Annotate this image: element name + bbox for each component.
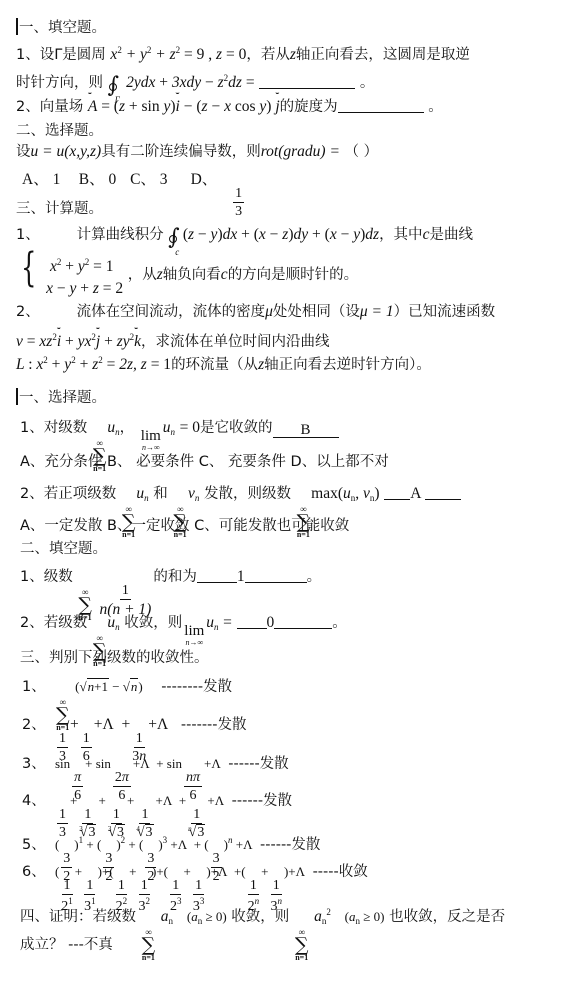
curve-equation: L : x2 + y2 + z2 = 2z, z = 1 [16,356,171,373]
series-expr: 13+16+Λ +13n+Λ [55,716,172,733]
summation-icon: ∞∑n=1 [295,928,309,963]
series-expr: sinπ6+ sin2π6+Λ + sinnπ6+Λ [55,756,224,771]
limit: limn→∞ [141,429,161,452]
summation-icon: ∞∑n=1 [142,928,156,963]
answer-blank[interactable] [245,568,307,583]
max-expr: max(un, vn) [311,485,379,502]
answer-blank[interactable] [274,614,332,629]
section-title-calc-3: 三、计算题。 [16,199,103,219]
answer-blank[interactable] [425,485,461,500]
contour-integral-icon: ∫c [168,230,178,246]
velocity-field: v = xz2i + yx2j + zy2k [16,333,141,350]
contour-integral-icon: ∫Γ [108,78,118,94]
section-title-fill-blank-2: 二、填空题。 [20,539,107,559]
answer-blank-pre [197,568,237,583]
question-1: 1、设Γ是圆周 x2 + y2 + z2 = 9 , z = 0，若从z轴正向看… [16,40,470,65]
answer-blank[interactable] [338,98,424,113]
fraction-one-third: 13 [233,187,244,219]
question-4-system: { x2 + y2 = 1 x − y + z = 2 ，从z轴负向看c的方向是… [16,248,358,300]
text-cursor [16,388,18,405]
series-question-1-options: A、充分条件 B、 必要条件 C、 充要条件 D、以上都不对 [20,452,389,472]
proof-answer: 成立？ ---不真 [20,935,113,955]
answer-blank-pre [384,485,410,500]
series-expr: (121+131)+(122+132)+(123+133)+Λ +(12n+13… [55,864,308,879]
question-1-cont: 时针方向，则 ∫Γ 2ydx + 3xdy − z2dz = 。 [16,68,374,94]
question-2: 2、向量场 A = (z + sin y)i − (z − x cos y) j… [16,97,443,117]
text-cursor [16,18,18,35]
vector-field: A = (z + sin y)i − (z − x cos y) j [88,98,280,115]
question-5-curve: L : x2 + y2 + z2 = 2z, z = 1的环流量（从z轴正向看去… [16,350,431,375]
question-4: 1、 计算曲线积分 ∫c (z − y)dx + (x − z)dy + (x … [16,225,473,246]
left-brace: { [21,248,36,288]
section-title-fill-blank-1: 一、填空题。 [16,18,106,38]
section-title-convergence-3: 三、判别下列级数的收敛性。 [20,648,209,668]
series-expr: (32)1 + (32)2 + (32)3 +Λ + (32)n +Λ [55,837,255,852]
integrand: 2ydx + 3xdy − z2dz = [122,74,254,91]
equation: x2 + y2 + z2 = 9 , z = 0 [110,46,246,63]
section-title-choice-1: 一、选择题。 [16,388,106,408]
question-3: 设u = u(x,y,z)具有二阶连续偏导数，则rot(gradu) = （ ） [16,142,378,162]
answer-blank[interactable]: B [273,423,339,438]
limit: limn→∞ [184,624,204,647]
series-expr: (√n+1 − √n) [75,678,143,694]
question-5: 2、 流体在空间流动，流体的密度μ处处相同（设μ = 1）已知流速函数 [16,302,495,322]
answer-blank[interactable] [259,74,355,89]
question-5-velocity: v = xz2i + yx2j + zy2k，求流体在单位时间内沿曲线 [16,327,330,352]
series-question-2-options: A、一定发散 B、一定收敛 C、可能发散也可能收敛 [20,516,349,536]
answer-blank-pre [237,614,267,629]
integrand: (z − y)dx + (x − z)dy + (x − y)dz [183,226,379,243]
series-expr: 13+13√3+13√3+14√3+Λ +1n√3+Λ [55,793,227,808]
equation-system: x2 + y2 = 1 x − y + z = 2 [46,251,123,300]
section-title-choice-2: 二、选择题。 [16,121,103,141]
